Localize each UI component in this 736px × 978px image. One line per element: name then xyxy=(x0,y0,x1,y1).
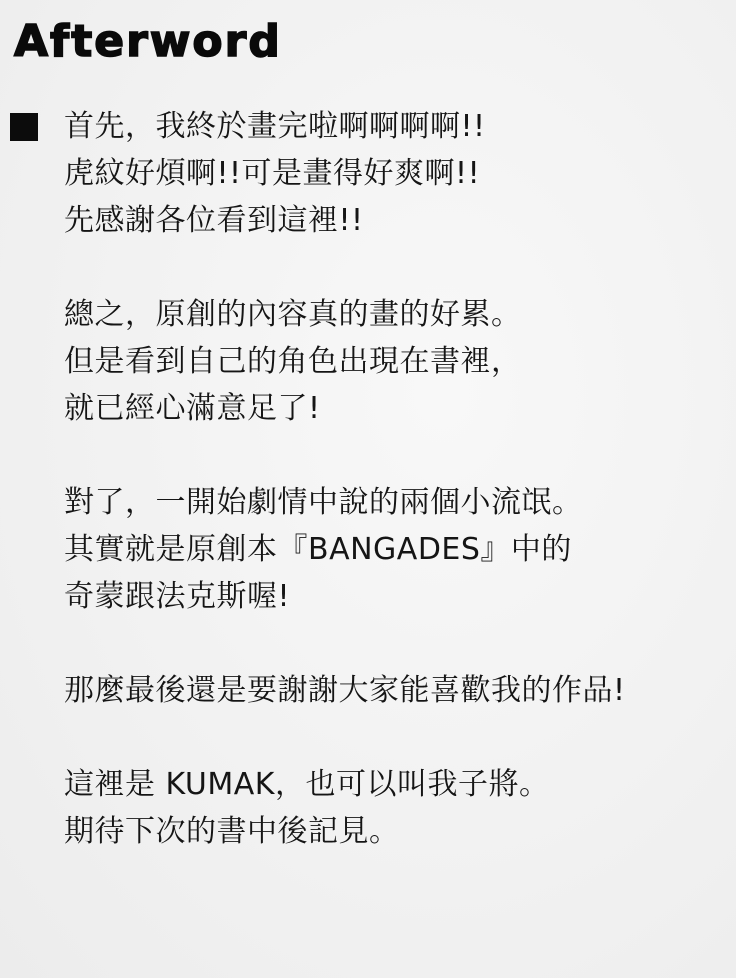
text-line: 就已經心滿意足了! xyxy=(64,385,734,432)
paragraph-2: 總之，原創的內容真的畫的好累。 但是看到自己的角色出現在書裡， 就已經心滿意足了… xyxy=(64,291,734,432)
text-line: 總之，原創的內容真的畫的好累。 xyxy=(64,291,734,338)
text-line: 但是看到自己的角色出現在書裡， xyxy=(64,338,734,385)
text-line: 首先，我終於畫完啦啊啊啊啊!! xyxy=(64,103,734,150)
paragraph-1: 首先，我終於畫完啦啊啊啊啊!! 虎紋好煩啊!!可是畫得好爽啊!! 先感謝各位看到… xyxy=(64,103,734,244)
text-line: 虎紋好煩啊!!可是畫得好爽啊!! xyxy=(64,150,734,197)
paragraph-4: 那麼最後還是要謝謝大家能喜歡我的作品! xyxy=(64,667,734,714)
square-bullet-icon xyxy=(10,113,38,141)
text-line: 對了，一開始劇情中說的兩個小流氓。 xyxy=(64,479,734,526)
text-line: 其實就是原創本『BANGADES』中的 xyxy=(64,526,734,573)
paragraph-5: 這裡是 KUMAK，也可以叫我子將。 期待下次的書中後記見。 xyxy=(64,761,734,855)
text-line: 先感謝各位看到這裡!! xyxy=(64,197,734,244)
text-line: 期待下次的書中後記見。 xyxy=(64,808,734,855)
text-line: 這裡是 KUMAK，也可以叫我子將。 xyxy=(64,761,734,808)
page-title: Afterword xyxy=(14,12,282,72)
text-line: 那麼最後還是要謝謝大家能喜歡我的作品! xyxy=(64,667,734,714)
text-line: 奇蒙跟法克斯喔! xyxy=(64,573,734,620)
paragraph-3: 對了，一開始劇情中說的兩個小流氓。 其實就是原創本『BANGADES』中的 奇蒙… xyxy=(64,479,734,620)
afterword-body: 首先，我終於畫完啦啊啊啊啊!! 虎紋好煩啊!!可是畫得好爽啊!! 先感謝各位看到… xyxy=(64,103,734,855)
